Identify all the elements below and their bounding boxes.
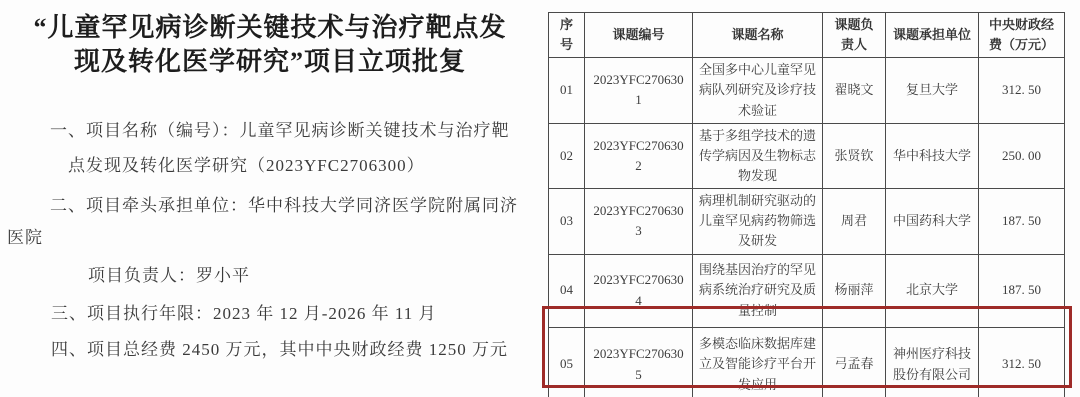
cell-name: 全国多中心儿童罕见病队列研究及诊疗技术验证 bbox=[693, 58, 823, 123]
cell-unit: 中国药科大学 bbox=[886, 189, 979, 254]
cell-funding: 250. 00 bbox=[979, 123, 1065, 188]
cell-unit: 神州医疗科技股份有限公司 bbox=[886, 327, 979, 397]
cell-leader: 杨丽萍 bbox=[823, 254, 886, 327]
letter-title-line-1: “儿童罕见病诊断关键技术与治疗靶点发 bbox=[10, 11, 530, 45]
header-funding: 中央财政经费（万元） bbox=[979, 13, 1065, 58]
cell-no: 04 bbox=[549, 254, 585, 327]
letter-line-project-name-wrap: 点发现及转化医学研究（2023YFC2706300） bbox=[68, 155, 425, 177]
table-row-highlighted: 05 2023YFC2706305 多模态临床数据库建立及智能诊疗平台开发应用 … bbox=[549, 327, 1065, 397]
cell-leader: 张贤钦 bbox=[823, 123, 886, 188]
cell-no: 03 bbox=[549, 189, 585, 254]
table-header-row: 序号 课题编号 课题名称 课题负责人 课题承担单位 中央财政经费（万元） bbox=[549, 13, 1065, 58]
table-row: 04 2023YFC2706304 围绕基因治疗的罕见病系统治疗研究及质量控制 … bbox=[549, 254, 1065, 327]
cell-leader: 弓孟春 bbox=[823, 327, 886, 397]
header-code: 课题编号 bbox=[585, 13, 693, 58]
cell-unit: 华中科技大学 bbox=[886, 123, 979, 188]
cell-code: 2023YFC2706304 bbox=[585, 254, 693, 327]
letter-line-project-name: 一、项目名称（编号）：儿童罕见病诊断关键技术与治疗靶 bbox=[50, 120, 510, 142]
header-name: 课题名称 bbox=[693, 13, 823, 58]
letter-line-duration: 三、项目执行年限：2023 年 12 月-2026 年 11 月 bbox=[51, 303, 437, 325]
letter-line-lead-unit: 二、项目牵头承担单位：华中科技大学同济医学院附属同济 bbox=[50, 195, 518, 217]
approval-letter: “儿童罕见病诊断关键技术与治疗靶点发 现及转化医学研究”项目立项批复 一、项目名… bbox=[0, 0, 540, 397]
letter-title-line-2: 现及转化医学研究”项目立项批复 bbox=[10, 45, 530, 79]
cell-name: 多模态临床数据库建立及智能诊疗平台开发应用 bbox=[693, 327, 823, 397]
cell-code: 2023YFC2706305 bbox=[585, 327, 693, 397]
cell-funding: 187. 50 bbox=[979, 189, 1065, 254]
letter-title: “儿童罕见病诊断关键技术与治疗靶点发 现及转化医学研究”项目立项批复 bbox=[10, 11, 530, 79]
letter-line-lead-unit-wrap: 医院 bbox=[7, 227, 43, 249]
letter-line-budget: 四、项目总经费 2450 万元，其中中央财政经费 1250 万元 bbox=[51, 339, 508, 361]
table-row: 02 2023YFC2706302 基于多组学技术的遗传学病因及生物标志物发现 … bbox=[549, 123, 1065, 188]
cell-leader: 翟晓文 bbox=[823, 58, 886, 123]
cell-no: 05 bbox=[549, 327, 585, 397]
table-row: 03 2023YFC2706303 病理机制研究驱动的儿童罕见病药物筛选及研发 … bbox=[549, 189, 1065, 254]
header-no: 序号 bbox=[549, 13, 585, 58]
cell-no: 01 bbox=[549, 58, 585, 123]
cell-funding: 312. 50 bbox=[979, 327, 1065, 397]
cell-unit: 复旦大学 bbox=[886, 58, 979, 123]
project-table: 序号 课题编号 课题名称 课题负责人 课题承担单位 中央财政经费（万元） 01 … bbox=[548, 12, 1065, 397]
letter-line-project-leader: 项目负责人：罗小平 bbox=[88, 265, 250, 287]
cell-leader: 周君 bbox=[823, 189, 886, 254]
cell-code: 2023YFC2706303 bbox=[585, 189, 693, 254]
cell-name: 病理机制研究驱动的儿童罕见病药物筛选及研发 bbox=[693, 189, 823, 254]
header-unit: 课题承担单位 bbox=[886, 13, 979, 58]
header-leader: 课题负责人 bbox=[823, 13, 886, 58]
cell-name: 基于多组学技术的遗传学病因及生物标志物发现 bbox=[693, 123, 823, 188]
table-row: 01 2023YFC2706301 全国多中心儿童罕见病队列研究及诊疗技术验证 … bbox=[549, 58, 1065, 123]
cell-no: 02 bbox=[549, 123, 585, 188]
cell-code: 2023YFC2706301 bbox=[585, 58, 693, 123]
cell-name: 围绕基因治疗的罕见病系统治疗研究及质量控制 bbox=[693, 254, 823, 327]
cell-unit: 北京大学 bbox=[886, 254, 979, 327]
document-page: “儿童罕见病诊断关键技术与治疗靶点发 现及转化医学研究”项目立项批复 一、项目名… bbox=[0, 0, 1080, 397]
cell-funding: 312. 50 bbox=[979, 58, 1065, 123]
cell-code: 2023YFC2706302 bbox=[585, 123, 693, 188]
cell-funding: 187. 50 bbox=[979, 254, 1065, 327]
